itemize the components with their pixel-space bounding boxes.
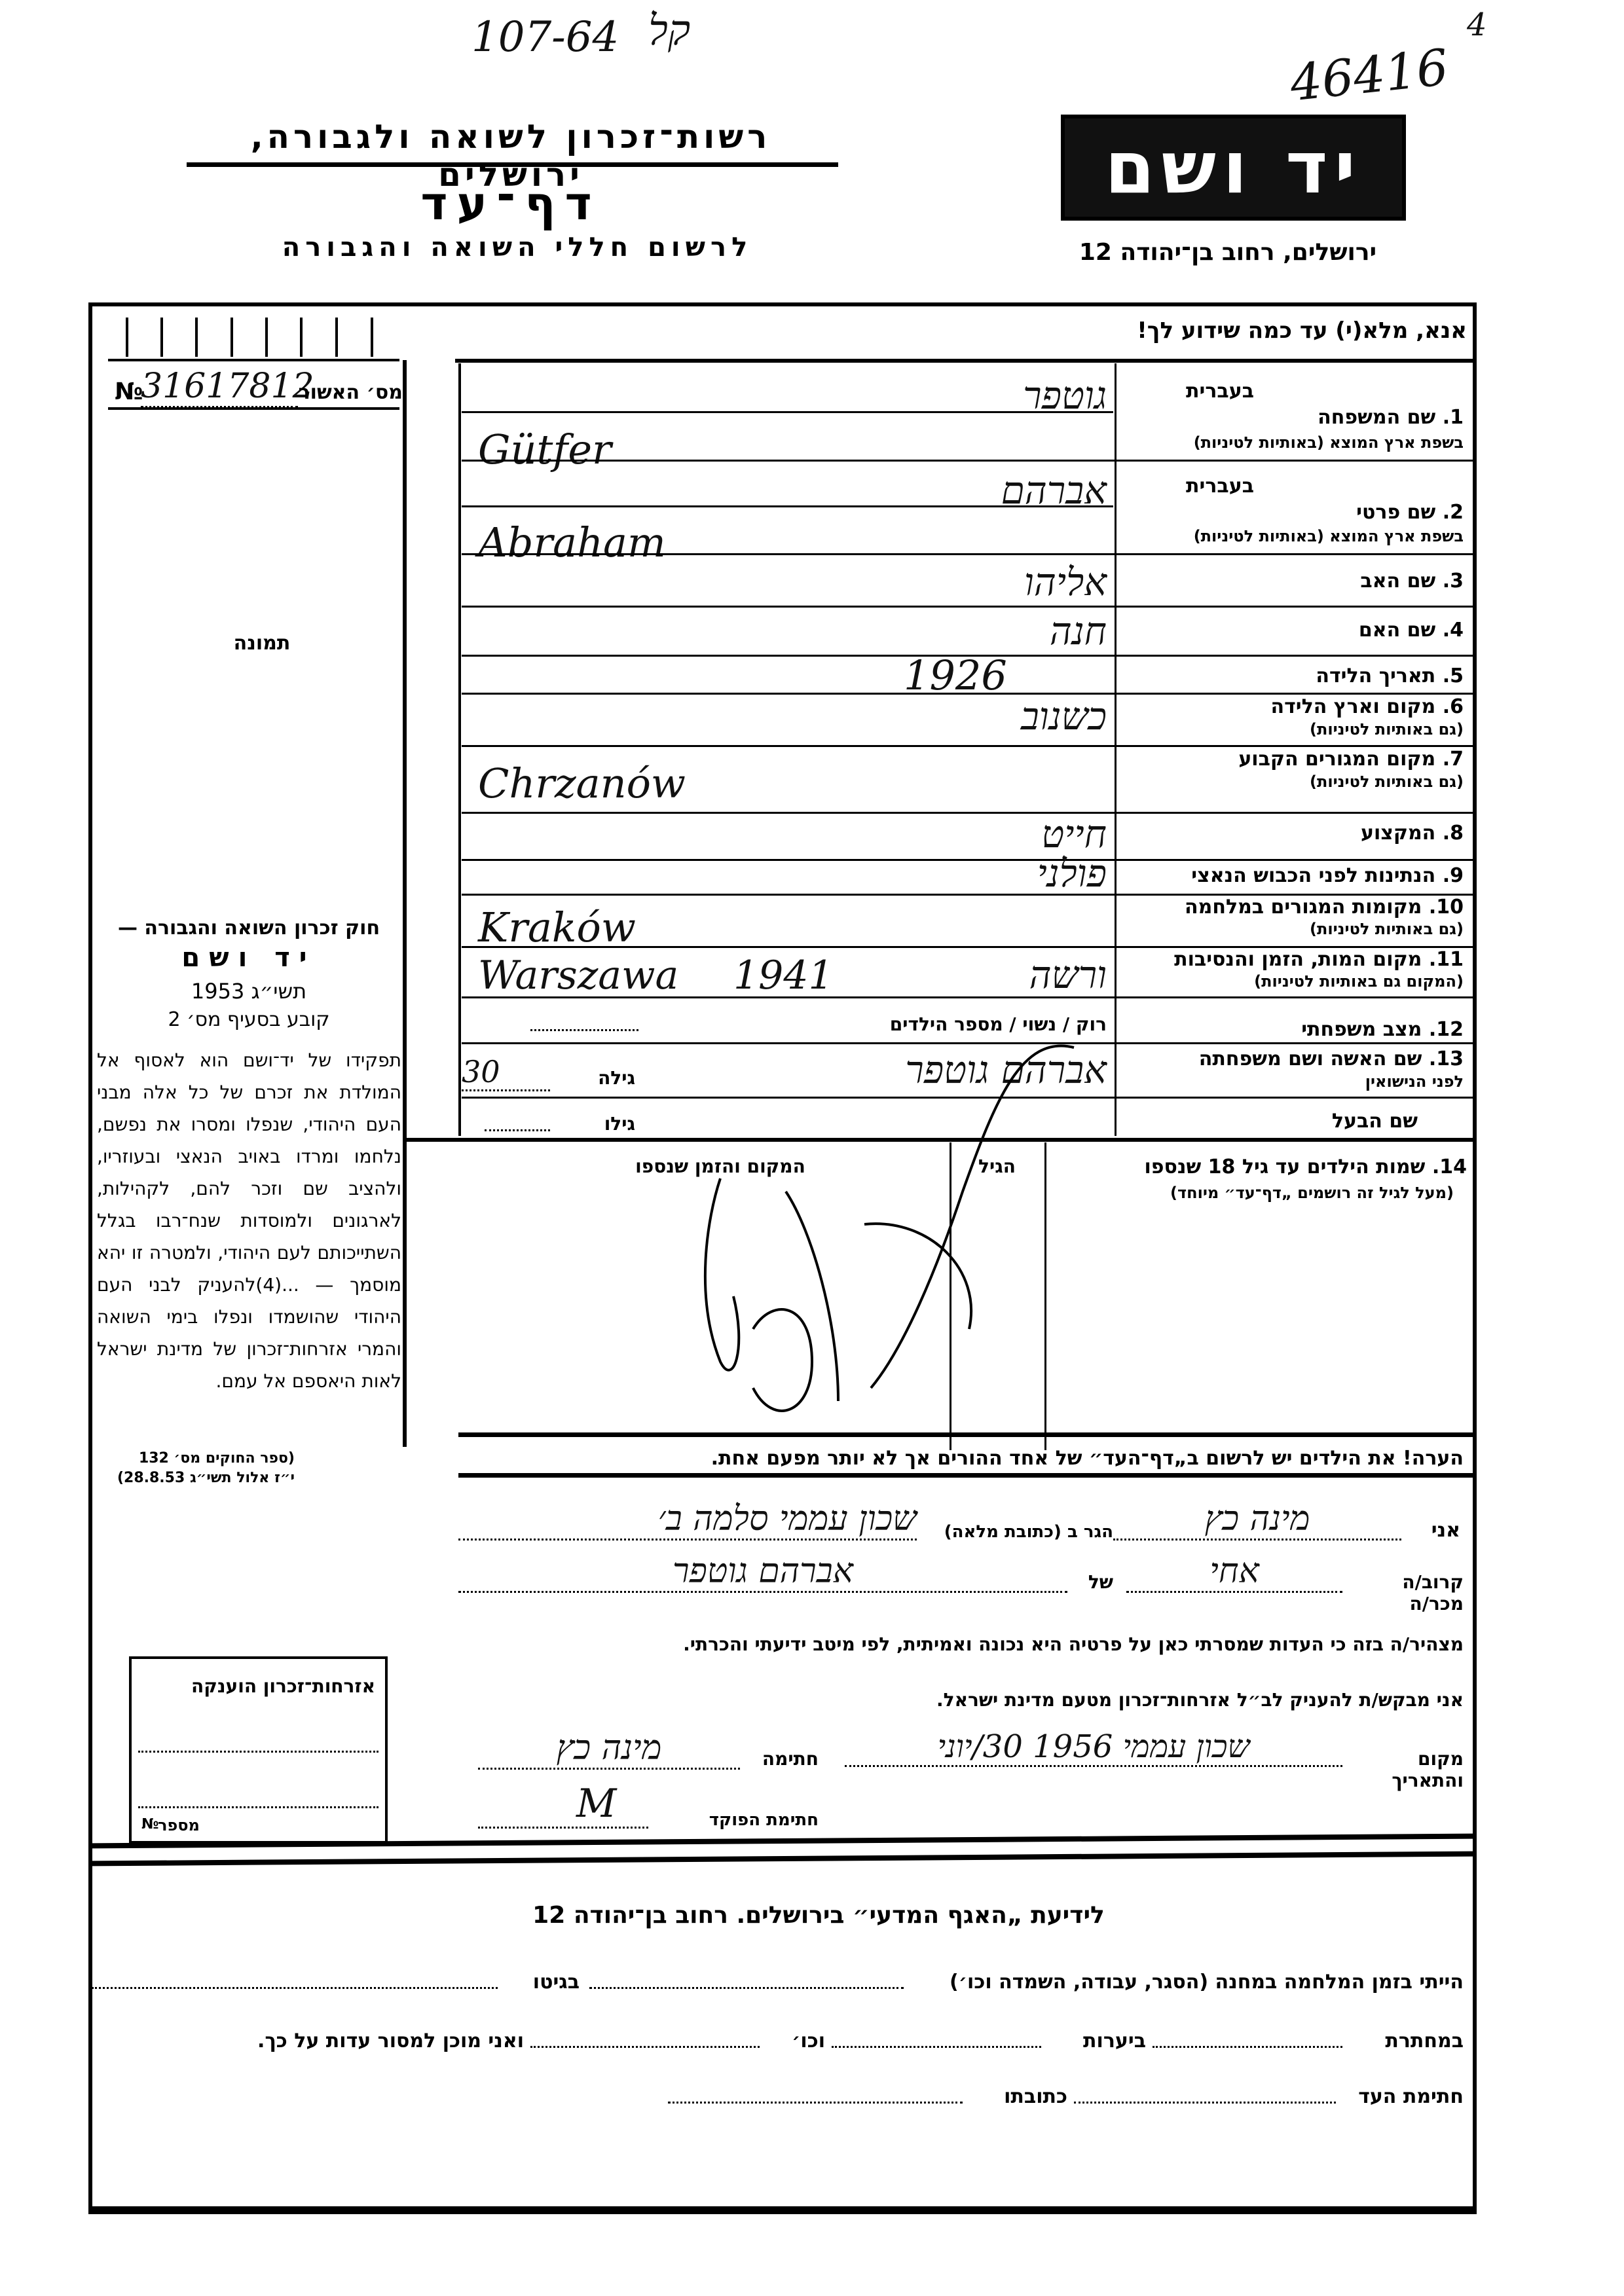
bottom-line1-a: הייתי בזמן המלחמה במחנה (הסגר, עבודה, הש… <box>917 1971 1464 1994</box>
citizenship-box-title: אזרחות־זכרון הוענקה <box>191 1675 375 1697</box>
field-7-value: Chrzanów <box>478 759 686 807</box>
field-1-label: 1. שם המשפחה <box>1123 406 1464 429</box>
field-4-value: חנה <box>819 609 1107 653</box>
bottom-line3-b: כתובתו <box>969 2085 1067 2108</box>
note: הערה! את הילדים יש לרשום ב„דף־העד״ של אח… <box>458 1447 1464 1470</box>
field-11-value-latin: Warszawa <box>478 953 678 998</box>
resides-label: הגר ב (כתובת מלאה) <box>923 1522 1113 1542</box>
place-date-value: שכון עממי 1956 30/יוני <box>845 1728 1342 1767</box>
field-6-value: כשנוב <box>819 694 1107 738</box>
field-husband-label: שם הבעל <box>1123 1110 1418 1133</box>
header-address: ירושלים, רחוב בן־יהודה 12 <box>1061 239 1395 266</box>
citizenship-number-symbol: № <box>141 1816 158 1832</box>
official-signature-label: חתימת הפוקד <box>655 1810 819 1830</box>
of-label: של <box>1074 1571 1113 1593</box>
form-subtitle: לרשום חללי השואה והגבורה <box>249 232 786 263</box>
bottom-title: לידיעת „האגף המדעי״ בירושלים. רחוב בן־יה… <box>458 1902 1179 1929</box>
value-column-left-edge <box>458 363 461 1136</box>
field-8-label: 8. המקצוע <box>1123 822 1464 845</box>
photo-label: תמונה <box>216 632 308 655</box>
relation-value: אחי <box>1126 1552 1342 1593</box>
children-label: 14. שמות הילדים עד גיל 18 שנספו <box>1048 1156 1467 1178</box>
declarant-name: מינה כץ <box>1113 1499 1401 1540</box>
bottom-line2-c: וכו׳ <box>766 2030 825 2052</box>
tick-strip <box>118 318 426 360</box>
registration-number: 31617812 <box>141 367 298 408</box>
form-title: דף־עד <box>373 177 648 230</box>
signature-value: מינה כץ <box>478 1728 740 1770</box>
bottom-line2-d: ואני מוכן למסור עדות על כך. <box>92 2030 524 2052</box>
field-1-sub: בשפת ארץ המוצא (באותיות לטיניות) <box>1120 433 1464 452</box>
law-source-2: י״ז אלול תשי״ג 28.8.53) <box>98 1470 295 1486</box>
corner-mark: 4 <box>1467 7 1487 43</box>
field-husband-age-value <box>485 1129 550 1131</box>
declarant-address: שכון עממי סלמה ב׳ <box>458 1499 917 1540</box>
field-1-value-latin: Gütfer <box>478 426 612 473</box>
field-9-label: 9. הנתינות לפני הכבוש הנאצי <box>1123 864 1464 887</box>
file-reference: 107-64 <box>471 13 619 62</box>
etc-field[interactable] <box>530 2046 760 2048</box>
law-title: חוק זכרון השואה והגבורה — <box>98 917 399 939</box>
law-year: תשי״ג 1953 <box>98 979 399 1004</box>
field-8-value: חייט <box>819 812 1107 856</box>
signature-label: חתימה <box>747 1748 819 1770</box>
official-signature-line <box>478 1827 648 1829</box>
ghetto-field[interactable] <box>92 1987 498 1989</box>
camp-field[interactable] <box>589 1987 904 1989</box>
official-signature-mark: M <box>576 1781 616 1827</box>
field-13-age-value: 30 <box>462 1054 550 1091</box>
field-12-label: 12. מצב משפחתי <box>1123 1018 1464 1041</box>
field-13-label: 13. שם האשה ושם משפחתה <box>1123 1048 1464 1070</box>
field-11-value-hebrew: ורשה <box>917 953 1107 997</box>
field-2-sub: בשפת ארץ המוצא (באותיות לטיניות) <box>1120 527 1464 545</box>
law-body: תפקידו של יד־ושם הוא לאסוף אל המולדת את … <box>97 1044 401 1397</box>
cross-out-scrawl-icon <box>655 1021 1087 1440</box>
witness-signature-field[interactable] <box>1074 2102 1336 2104</box>
field-2-label: 2. שם פרטי <box>1123 501 1464 524</box>
of-value: אברהם גוטפר <box>458 1552 1067 1593</box>
field-11-value-year: 1941 <box>733 953 834 998</box>
field-2-hebrew-tag: בעברית <box>1123 475 1254 498</box>
instructions-divider <box>455 359 1473 363</box>
field-10-label: 10. מקומות המגורים במלחמה <box>1123 896 1464 919</box>
witness-address-field[interactable] <box>668 2102 963 2104</box>
relation-label: קרוב/ה מכר/ה <box>1349 1571 1464 1614</box>
underground-field[interactable] <box>1153 2046 1342 2048</box>
field-husband-age-label: גילו <box>576 1113 635 1135</box>
bottom-line2-b: ביערות <box>1048 2030 1146 2052</box>
field-11-sub: (המקום גם באותיות לטיניות) <box>1120 972 1464 991</box>
bottom-line3-a: חתימת העד <box>1342 2085 1464 2108</box>
file-reference-hebrew: קל <box>648 7 690 55</box>
field-10-value: Kraków <box>478 903 636 951</box>
law-source-1: (ספר החוקים מס׳ 132 <box>98 1450 295 1467</box>
citizenship-number-label: מספר <box>158 1816 200 1834</box>
left-column-divider <box>403 360 407 1447</box>
registration-label: מס׳ האשור <box>298 381 403 404</box>
place-date-label: מקום והתאריך <box>1349 1748 1464 1791</box>
field-3-value: אליהו <box>819 560 1107 604</box>
citizenship-box: אזרחות־זכרון הוענקה מספר № <box>129 1656 388 1846</box>
declaration-statement: מצהיר/ה בזה כי העדות שמסרתי כאן על פרטיה… <box>458 1633 1464 1655</box>
forests-field[interactable] <box>832 2046 1041 2048</box>
page-number: 46416 <box>1287 38 1451 113</box>
field-6-label: 6. מקום וארץ הלידה <box>1123 695 1464 718</box>
field-2-value-latin: Abraham <box>478 519 666 566</box>
yad-vashem-logo: יד ושם <box>1061 115 1406 221</box>
field-13-sub: לפני הנישואין <box>1120 1072 1464 1091</box>
logo-text: יד ושם <box>1105 126 1362 210</box>
field-4-label: 4. שם האם <box>1123 619 1464 642</box>
field-7-label: 7. מקום המגורים הקבוע <box>1123 748 1464 771</box>
field-1-hebrew-tag: בעברית <box>1123 380 1254 403</box>
law-name: יד ושם <box>98 943 399 973</box>
bottom-line2-a: במחתרת <box>1349 2030 1464 2052</box>
citizenship-request: אני מבקש/ת להעניק לב״ל אזרחות־זכרון מטעם… <box>458 1689 1464 1711</box>
field-5-label: 5. תאריך הלידה <box>1123 665 1464 687</box>
field-6-sub: (גם באותיות לטיניות) <box>1120 720 1464 738</box>
number-symbol: № <box>115 378 143 405</box>
declaration-i-label: אני <box>1408 1519 1460 1542</box>
law-clause: קובע בסעיף מס׳ 2 <box>98 1008 399 1031</box>
bottom-line1-b: בגיטו <box>504 1971 580 1994</box>
field-11-label: 11. מקום המות, הזמן והנסיבות <box>1123 948 1464 971</box>
label-column-divider <box>1115 363 1116 1136</box>
instructions: אנא, מלא(י) עד כמה שידוע לך! <box>753 318 1467 344</box>
header-divider <box>187 162 838 167</box>
children-sub: (מעל לגיל זה רושמים „דף־עד״ מיוחד) <box>1048 1184 1454 1202</box>
field-10-sub: (גם באותיות לטיניות) <box>1120 920 1464 938</box>
field-9-value: פולני <box>819 851 1107 896</box>
field-3-label: 3. שם האב <box>1123 570 1464 592</box>
field-7-sub: (גם באותיות לטיניות) <box>1120 773 1464 791</box>
field-13-age-label: גילה <box>576 1067 635 1089</box>
